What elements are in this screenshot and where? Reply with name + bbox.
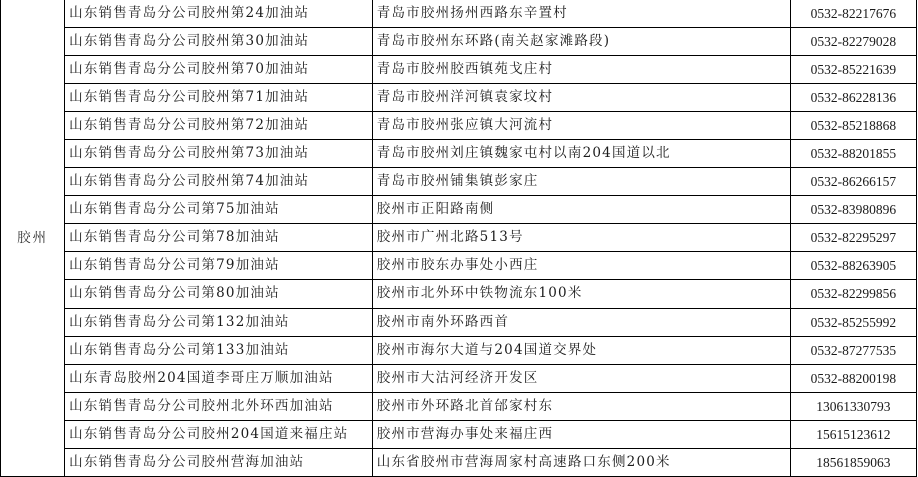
table-row: 山东销售青岛分公司胶州第71加油站 青岛市胶州洋河镇袁家坟村 0532-8622… — [1, 84, 917, 112]
station-address: 青岛市胶州洋河镇袁家坟村 — [372, 84, 790, 112]
station-phone: 15615123612 — [790, 420, 916, 448]
station-address: 胶州市海尔大道与204国道交界处 — [372, 336, 790, 364]
station-phone: 0532-85221639 — [790, 56, 916, 84]
table-row: 山东销售青岛分公司胶州204国道来福庄站 胶州市营海办事处来福庄西 156151… — [1, 420, 917, 448]
table-row: 山东销售青岛分公司胶州第74加油站 青岛市胶州铺集镇彭家庄 0532-86266… — [1, 168, 917, 196]
station-address: 胶州市外环路北首邰家村东 — [372, 392, 790, 420]
station-address: 胶州市南外环路西首 — [372, 308, 790, 336]
table-row: 山东销售青岛分公司胶州第30加油站 青岛市胶州东环路(南关赵家滩路段) 0532… — [1, 28, 917, 56]
station-address: 青岛市胶州刘庄镇魏家屯村以南204国道以北 — [372, 140, 790, 168]
station-phone: 0532-85255992 — [790, 308, 916, 336]
table-body: 胶州 山东销售青岛分公司胶州第24加油站 青岛市胶州扬州西路东辛置村 0532-… — [1, 0, 917, 477]
station-address: 胶州市正阳路南侧 — [372, 196, 790, 224]
table-row: 山东销售青岛分公司第132加油站 胶州市南外环路西首 0532-85255992 — [1, 308, 917, 336]
station-phone: 0532-82295297 — [790, 224, 916, 252]
station-address: 胶州市广州北路513号 — [372, 224, 790, 252]
station-phone: 0532-86266157 — [790, 168, 916, 196]
table-row: 山东销售青岛分公司第133加油站 胶州市海尔大道与204国道交界处 0532-8… — [1, 336, 917, 364]
table-row: 山东销售青岛分公司第75加油站 胶州市正阳路南侧 0532-83980896 — [1, 196, 917, 224]
station-address: 胶州市营海办事处来福庄西 — [372, 420, 790, 448]
gas-station-table: 胶州 山东销售青岛分公司胶州第24加油站 青岛市胶州扬州西路东辛置村 0532-… — [0, 0, 917, 477]
table-row: 山东销售青岛分公司第79加油站 胶州市胶东办事处小西庄 0532-8826390… — [1, 252, 917, 280]
station-phone: 0532-83980896 — [790, 196, 916, 224]
station-address: 胶州市胶东办事处小西庄 — [372, 252, 790, 280]
station-address: 青岛市胶州张应镇大河流村 — [372, 112, 790, 140]
station-name: 山东销售青岛分公司第78加油站 — [65, 224, 373, 252]
station-name: 山东销售青岛分公司胶州第74加油站 — [65, 168, 373, 196]
table-row: 山东销售青岛分公司胶州第70加油站 青岛市胶州胶西镇苑戈庄村 0532-8522… — [1, 56, 917, 84]
station-phone: 13061330793 — [790, 392, 916, 420]
table-row: 山东销售青岛分公司胶州北外环西加油站 胶州市外环路北首邰家村东 13061330… — [1, 392, 917, 420]
table-row: 山东销售青岛分公司胶州营海加油站 山东省胶州市营海周家村高速路口东侧200米 1… — [1, 448, 917, 476]
station-address: 胶州市北外环中铁物流东100米 — [372, 280, 790, 308]
station-name: 山东销售青岛分公司胶州北外环西加油站 — [65, 392, 373, 420]
station-phone: 0532-88200198 — [790, 364, 916, 392]
station-name: 山东销售青岛分公司第79加油站 — [65, 252, 373, 280]
table-row: 山东销售青岛分公司第78加油站 胶州市广州北路513号 0532-8229529… — [1, 224, 917, 252]
station-name: 山东销售青岛分公司第133加油站 — [65, 336, 373, 364]
region-cell: 胶州 — [1, 0, 65, 477]
table-row: 山东销售青岛分公司胶州第72加油站 青岛市胶州张应镇大河流村 0532-8521… — [1, 112, 917, 140]
station-address: 青岛市胶州铺集镇彭家庄 — [372, 168, 790, 196]
station-name: 山东销售青岛分公司胶州第71加油站 — [65, 84, 373, 112]
station-name: 山东销售青岛分公司胶州第70加油站 — [65, 56, 373, 84]
station-address: 青岛市胶州东环路(南关赵家滩路段) — [372, 28, 790, 56]
table-row: 山东青岛胶州204国道李哥庄万顺加油站 胶州市大沽河经济开发区 0532-882… — [1, 364, 917, 392]
station-phone: 0532-82299856 — [790, 280, 916, 308]
station-phone: 0532-86228136 — [790, 84, 916, 112]
station-name: 山东销售青岛分公司胶州营海加油站 — [65, 448, 373, 476]
station-address: 胶州市大沽河经济开发区 — [372, 364, 790, 392]
station-name: 山东青岛胶州204国道李哥庄万顺加油站 — [65, 364, 373, 392]
station-phone: 0532-88201855 — [790, 140, 916, 168]
station-name: 山东销售青岛分公司胶州第72加油站 — [65, 112, 373, 140]
table-row: 山东销售青岛分公司胶州第73加油站 青岛市胶州刘庄镇魏家屯村以南204国道以北 … — [1, 140, 917, 168]
table-row: 胶州 山东销售青岛分公司胶州第24加油站 青岛市胶州扬州西路东辛置村 0532-… — [1, 0, 917, 28]
station-name: 山东销售青岛分公司胶州第73加油站 — [65, 140, 373, 168]
station-address: 青岛市胶州扬州西路东辛置村 — [372, 0, 790, 28]
station-phone: 0532-82217676 — [790, 0, 916, 28]
station-name: 山东销售青岛分公司第132加油站 — [65, 308, 373, 336]
station-name: 山东销售青岛分公司胶州第24加油站 — [65, 0, 373, 28]
station-address: 山东省胶州市营海周家村高速路口东侧200米 — [372, 448, 790, 476]
station-name: 山东销售青岛分公司胶州第30加油站 — [65, 28, 373, 56]
station-name: 山东销售青岛分公司第75加油站 — [65, 196, 373, 224]
station-phone: 0532-85218868 — [790, 112, 916, 140]
table-row: 山东销售青岛分公司第80加油站 胶州市北外环中铁物流东100米 0532-822… — [1, 280, 917, 308]
station-address: 青岛市胶州胶西镇苑戈庄村 — [372, 56, 790, 84]
station-phone: 0532-87277535 — [790, 336, 916, 364]
station-phone: 0532-88263905 — [790, 252, 916, 280]
station-phone: 0532-82279028 — [790, 28, 916, 56]
station-name: 山东销售青岛分公司第80加油站 — [65, 280, 373, 308]
station-name: 山东销售青岛分公司胶州204国道来福庄站 — [65, 420, 373, 448]
station-phone: 18561859063 — [790, 448, 916, 476]
